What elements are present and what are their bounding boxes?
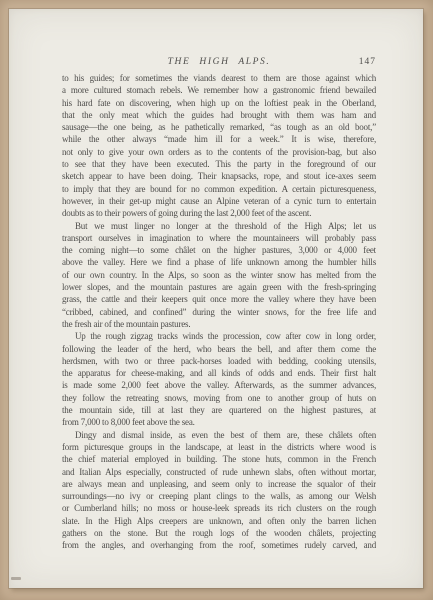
text-line: to imply that they are bound for no comm… [62, 183, 376, 195]
text-line: that the only meat which the guides had … [62, 109, 376, 121]
text-line: the coming night—to some châlet on the h… [62, 244, 376, 256]
text-line: from 7,000 to 8,000 feet above the sea. [62, 416, 376, 428]
mat-inscription-mark [11, 577, 21, 580]
text-line: the mountain side, till at last they are… [62, 404, 376, 416]
text-line: sausage—the one being, as he patheticall… [62, 121, 376, 133]
text-line: they follow the retreating snows, moving… [62, 392, 376, 404]
text-line: herdsmen, with two or three pack-horses … [62, 355, 376, 367]
text-line: sketch appear to have been doing. Their … [62, 170, 376, 182]
text-line: grass, the cattle and their keepers quit… [62, 293, 376, 305]
text-line: however, in their get-up might cause an … [62, 195, 376, 207]
text-line: above the valley. Here we find a phase o… [62, 256, 376, 268]
text-line: the apparatus for cheese-making, and all… [62, 367, 376, 379]
text-line: doubts as to their powers of going durin… [62, 207, 376, 219]
text-line: a more cultured stomach rebels. We remem… [62, 84, 376, 96]
text-line: while the other always “made him ill for… [62, 133, 376, 145]
body-text: to his guides; for sometimes the viands … [62, 72, 376, 552]
text-line: form picturesque groups in the landscape… [62, 441, 376, 453]
page-title: THE HIGH ALPS. [62, 56, 376, 69]
text-line: to see that they have been executed. Thi… [62, 158, 376, 170]
book-page: THE HIGH ALPS. 147 to his guides; for so… [9, 9, 423, 588]
text-line: of our own country. In the Alps, so soon… [62, 269, 376, 281]
text-line: slate. In the High Alps creepers are unk… [62, 515, 376, 527]
text-line: the chief material employed in building.… [62, 453, 376, 465]
text-line: to his guides; for sometimes the viands … [62, 72, 376, 84]
text-line: from the angles, and overhanging from th… [62, 539, 376, 551]
running-head: THE HIGH ALPS. 147 [62, 56, 376, 69]
text-line: gathers on the stone. But the rough logs… [62, 527, 376, 539]
text-line: Up the rough zigzag tracks winds the pro… [62, 330, 376, 342]
text-line: his hard fate on discovering, when high … [62, 97, 376, 109]
text-line: not only to give your own orders as to t… [62, 146, 376, 158]
text-line: is made some 2,000 feet above the valley… [62, 379, 376, 391]
page-number: 147 [359, 56, 376, 69]
text-line: or Cumberland hills; no moss or house-le… [62, 502, 376, 514]
text-line: But we must linger no longer at the thre… [62, 220, 376, 232]
text-line: “cribbed, cabined, and confined” during … [62, 306, 376, 318]
text-line: and Italian Alps especially, constructed… [62, 466, 376, 478]
text-line: following the leader of the herd, who be… [62, 343, 376, 355]
scan-mat: { "colors": { "mat": "#cbb499", "paper":… [0, 0, 433, 600]
text-line: are always mean and unpleasing, and seem… [62, 478, 376, 490]
text-line: transport ourselves in imagination to wh… [62, 232, 376, 244]
text-line: surroundings—no ivy or creeping plant cl… [62, 490, 376, 502]
text-line: lower slopes, and the mountain pastures … [62, 281, 376, 293]
text-line: the fresh air of the mountain pastures. [62, 318, 376, 330]
text-line: Dingy and dismal inside, as even the bes… [62, 429, 376, 441]
